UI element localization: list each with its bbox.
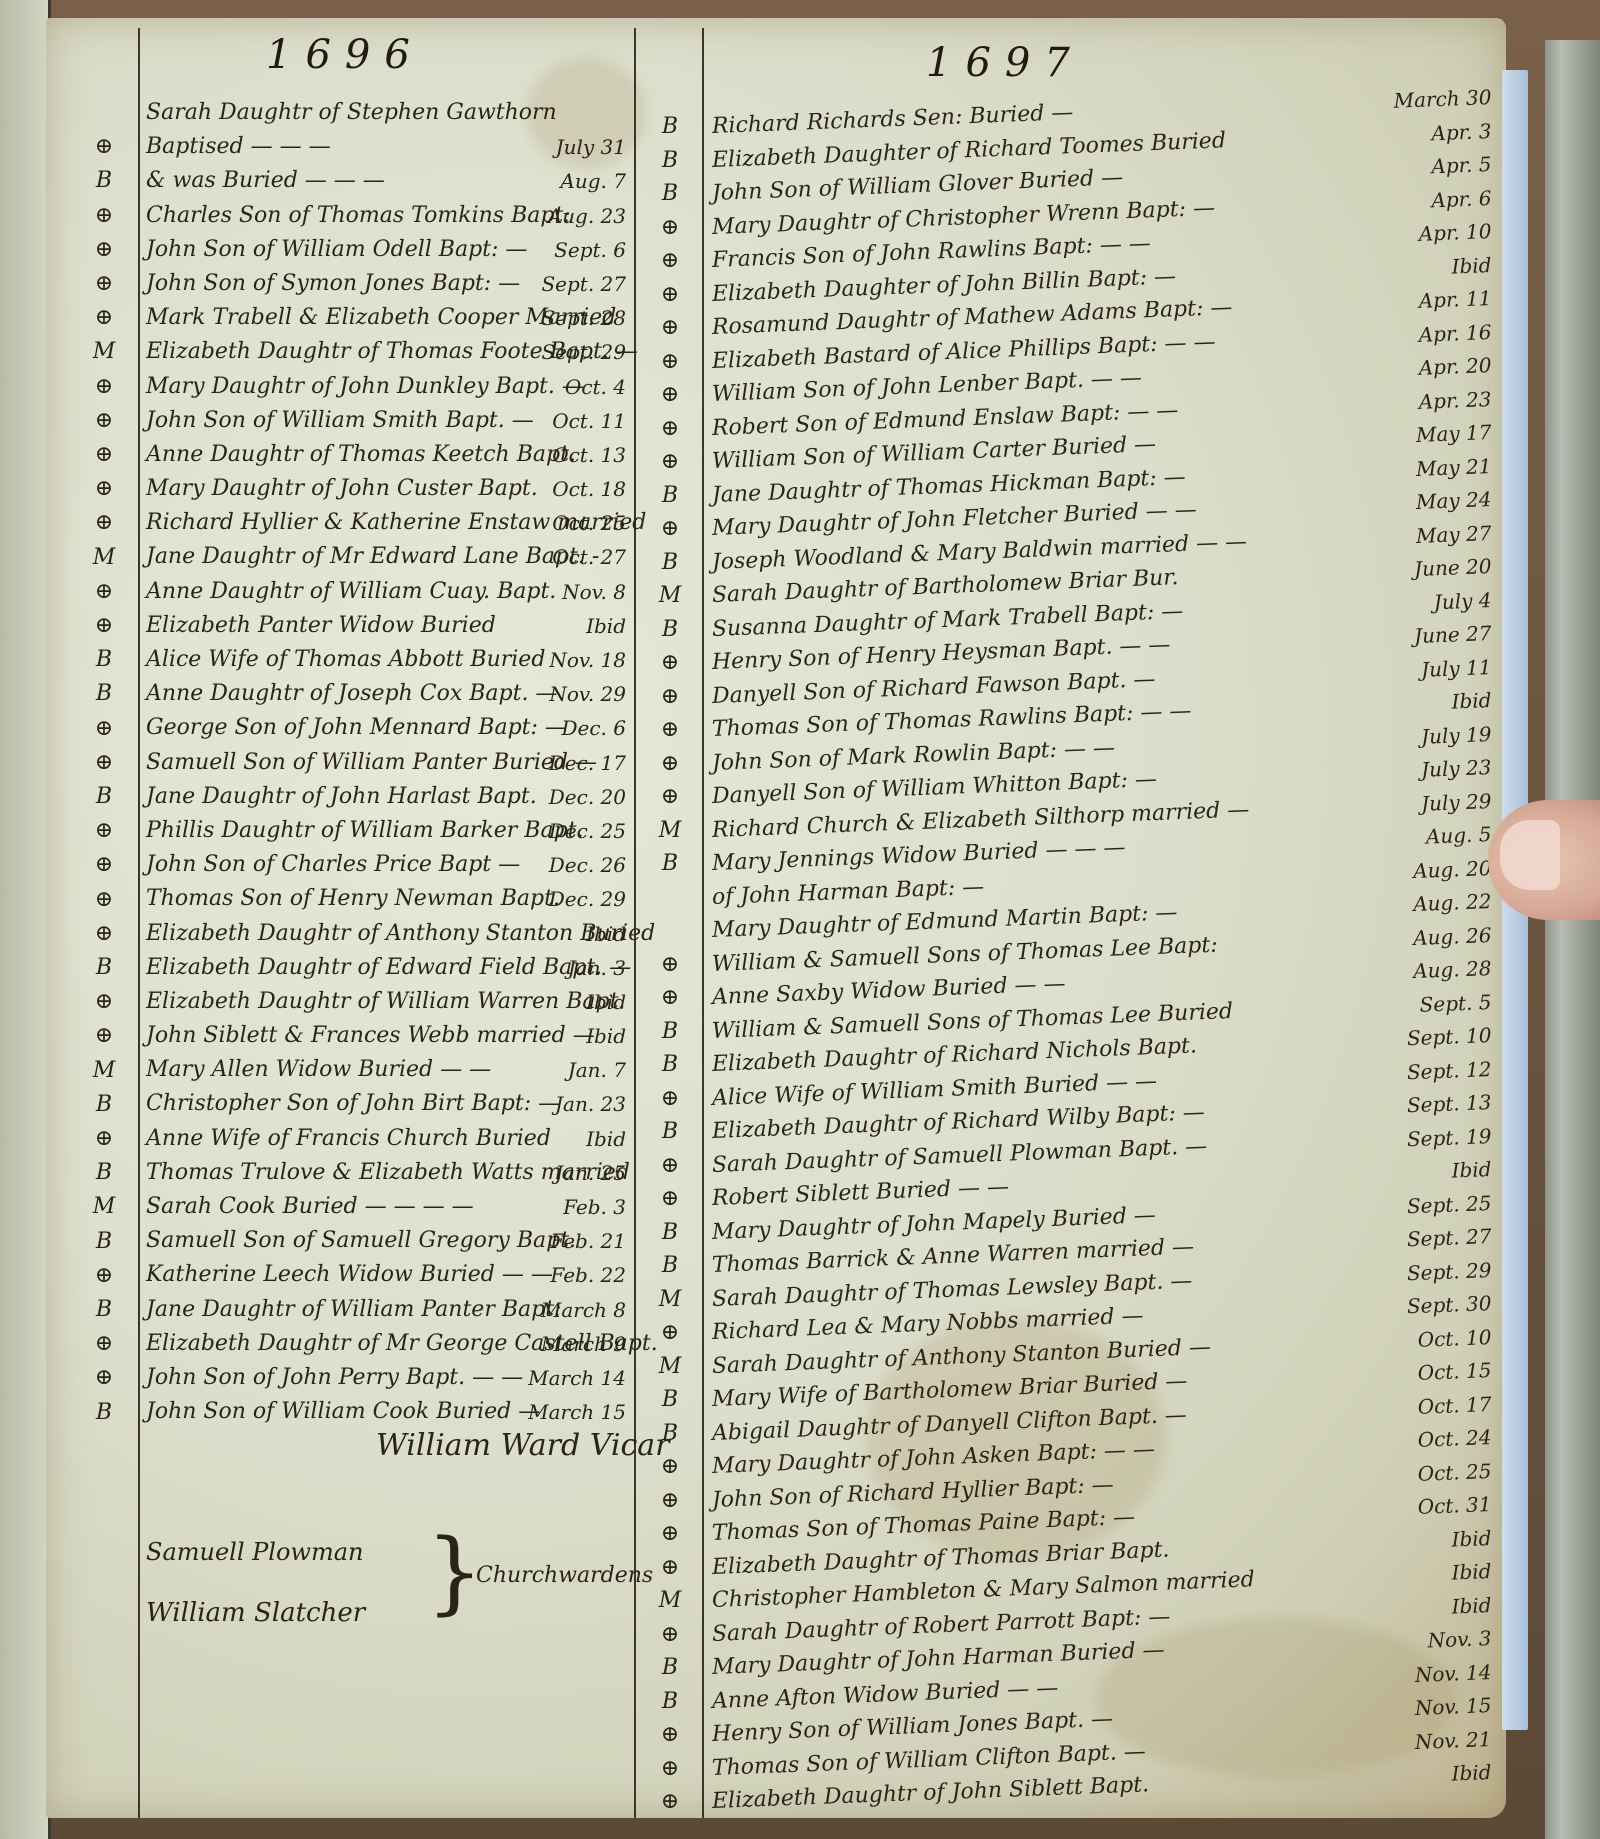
entry-type-marker: B [84,681,124,706]
entry-text: Sarah Daughtr of Stephen Gawthorn [146,96,557,130]
entry-type-marker: ⊕ [84,476,124,501]
entry-type-marker: ⊕ [650,1186,690,1211]
entry-date: Aug. 22 [1413,884,1493,921]
entry-date: Aug. 20 [1413,851,1493,888]
entry-type-marker: ⊕ [84,818,124,843]
register-entry: Elizabeth Daughtr of Mr George Castell B… [146,1327,626,1361]
entry-date: Sept. 29 [541,335,626,369]
entry-date: June 20 [1413,549,1492,586]
entry-date: Oct. 17 [1417,1387,1492,1424]
entry-date: Apr. 5 [1431,147,1492,183]
entry-text: Anne Wife of Francis Church Buried [146,1122,551,1156]
entry-type-marker: M [650,1354,690,1379]
entry-date: Sept. 13 [1406,1085,1492,1122]
entry-type-marker: B [650,1387,690,1412]
register-entry: Mary Allen Widow Buried — —Jan. 7 [146,1053,626,1087]
entry-type-marker: ⊕ [84,750,124,775]
entry-text: Sarah Cook Buried — — — — [146,1190,474,1224]
entry-date: Oct. 24 [1417,1420,1492,1457]
entry-type-marker: B [84,647,124,672]
entry-text: Elizabeth Panter Widow Buried [146,609,496,643]
entry-text: Elizabeth Daughtr of Anthony Stanton Bur… [146,917,655,951]
entry-text: Jane Daughtr of Mr Edward Lane Bapt. - [146,540,599,574]
entry-type-marker: ⊕ [650,1454,690,1479]
register-entry: & was Buried — — —Aug. 7 [146,164,626,198]
entry-type-marker: M [84,545,124,570]
register-entry: Jane Daughtr of John Harlast Bapt.Dec. 2… [146,780,626,814]
entry-type-marker: B [84,955,124,980]
register-entry: Anne Daughtr of Joseph Cox Bapt. —Nov. 2… [146,677,626,711]
entry-date: Sept. 30 [1406,1286,1492,1323]
register-entry: Elizabeth Daughtr of Anthony Stanton Bur… [146,917,626,951]
entry-text: Baptised — — — [146,130,331,164]
churchwarden-signature-1: Samuell Plowman [146,1538,364,1566]
entry-date: Sept. 19 [1406,1119,1492,1156]
entry-type-marker: B [84,1400,124,1425]
entry-type-marker: ⊕ [650,248,690,273]
entry-date: Nov. 15 [1414,1688,1492,1725]
entry-date: Ibid [1451,1554,1492,1590]
entry-type-marker: ⊕ [84,510,124,535]
entry-type-marker: B [650,483,690,508]
entry-date: Jan. 23 [555,1087,626,1121]
register-entry: Alice Wife of Thomas Abbott BuriedNov. 1… [146,643,626,677]
register-entry: Samuell Son of Samuell Gregory Bapt.Feb.… [146,1224,626,1258]
entry-type-marker: ⊕ [84,989,124,1014]
left-margin-rule [138,28,140,1818]
register-entry: John Son of Symon Jones Bapt: —Sept. 27 [146,267,626,301]
entry-date: Ibid [1451,1588,1492,1624]
register-entry: Sarah Cook Buried — — — —Feb. 3 [146,1190,626,1224]
entry-date: July 11 [1420,650,1492,687]
entry-type-marker: ⊕ [650,1320,690,1345]
entry-date: Apr. 10 [1418,214,1492,251]
entry-date: Oct. 27 [552,540,626,574]
entry-date: Aug. 7 [560,164,626,198]
register-entry: Anne Daughtr of Thomas Keetch Bapt.Oct. … [146,438,626,472]
entry-text: John Son of Symon Jones Bapt: — [146,267,520,301]
entry-date: Dec. 29 [549,882,626,916]
entry-type-marker: ⊕ [650,1521,690,1546]
entry-type-marker: ⊕ [650,315,690,340]
brace-glyph: } [426,1528,483,1618]
entry-type-marker: B [84,1160,124,1185]
entry-date: Apr. 6 [1431,181,1492,217]
entry-date: Feb. 22 [550,1258,626,1292]
entry-text: Mary Allen Widow Buried — — [146,1053,491,1087]
entry-type-marker: ⊕ [84,374,124,399]
entry-date: Nov. 8 [562,575,626,609]
entry-date: Ibid [586,609,626,643]
entry-text: Elizabeth Daughtr of Edward Field Bapt. … [146,951,631,985]
entry-date: Aug. 26 [1413,918,1493,955]
entry-date: Oct. 25 [552,506,626,540]
entry-type-marker: ⊕ [650,985,690,1010]
entry-type-marker: ⊕ [650,215,690,240]
entry-type-marker: M [84,339,124,364]
entry-text: Mary Daughtr of John Custer Bapt. [146,472,538,506]
entry-date: Sept. 6 [554,233,626,267]
register-entry: Mary Daughtr of John Custer Bapt.Oct. 18 [146,472,626,506]
entry-type-marker: ⊕ [84,271,124,296]
register-entry: Jane Daughtr of Mr Edward Lane Bapt. -Oc… [146,540,626,574]
entry-date: Ibid [586,917,626,951]
entry-date: July 29 [1420,784,1492,821]
entry-type-marker: ⊕ [650,1555,690,1580]
entry-date: March 15 [528,1395,626,1429]
entry-type-marker: ⊕ [650,1488,690,1513]
entry-date: Sept. 27 [541,267,626,301]
entry-type-marker: ⊕ [650,382,690,407]
entry-date: Nov. 21 [1414,1722,1492,1759]
entry-type-marker: B [650,181,690,206]
entry-date: July 31 [556,130,626,164]
entry-type-marker: ⊕ [650,1153,690,1178]
entry-type-marker: ⊕ [650,1756,690,1781]
register-entry: Mark Trabell & Elizabeth Cooper MarriedS… [146,301,626,335]
entry-text: Mary Daughtr of John Dunkley Bapt. — [146,370,584,404]
entry-date: Apr. 23 [1418,382,1492,419]
entry-date: May 17 [1415,415,1492,452]
entry-date: Apr. 20 [1418,348,1492,385]
register-entry: John Son of William Cook Buried —March 1… [146,1395,626,1429]
entry-date: Sept. 25 [1406,1186,1492,1223]
register-entry: Elizabeth Panter Widow BuriedIbid [146,609,626,643]
entry-date: Sept. 27 [1406,1219,1492,1256]
entry-text: Jane Daughtr of William Panter Bapt: [146,1293,561,1327]
entry-date: July 23 [1420,750,1492,787]
year-heading-left: 1696 [266,32,424,78]
entry-date: Feb. 3 [563,1190,626,1224]
entry-type-marker: B [650,114,690,139]
entry-date: Oct. 25 [1417,1454,1492,1491]
entry-text: John Son of William Cook Buried — [146,1395,540,1429]
register-entry: John Son of William Smith Bapt. —Oct. 11 [146,404,626,438]
entry-date: Oct. 18 [552,472,626,506]
entry-date: March 9 [541,1327,626,1361]
register-entry: Mary Daughtr of John Dunkley Bapt. —Oct.… [146,370,626,404]
entry-date: July 4 [1433,583,1492,619]
entry-type-marker: ⊕ [650,416,690,441]
entry-type-marker: ⊕ [650,1789,690,1814]
entry-date: May 27 [1415,516,1492,553]
entry-type-marker: B [650,550,690,575]
entry-text: Phillis Daughtr of William Barker Bapt. [146,814,584,848]
entry-type-marker: ⊕ [84,852,124,877]
entry-date: July 19 [1420,717,1492,754]
register-entry: Phillis Daughtr of William Barker Bapt.D… [146,814,626,848]
register-entry: John Son of John Perry Bapt. — —March 14 [146,1361,626,1395]
entry-date: Ibid [1451,683,1492,719]
entry-type-marker: ⊕ [650,952,690,977]
entry-date: Aug. 28 [1413,951,1493,988]
entry-date: Dec. 17 [549,746,626,780]
entry-type-marker: ⊕ [650,349,690,374]
register-entry: Charles Son of Thomas Tomkins Bapt:Aug. … [146,199,626,233]
entry-date: Sept. 5 [1419,985,1492,1022]
entry-type-marker: M [650,1588,690,1613]
entry-date: Ibid [1451,1521,1492,1557]
register-entry: John Siblett & Frances Webb married —Ibi… [146,1019,626,1053]
entry-date: Nov. 14 [1414,1655,1492,1692]
register-page: 1696 ⊕B⊕⊕⊕⊕M⊕⊕⊕⊕⊕M⊕⊕BB⊕⊕B⊕⊕⊕⊕B⊕⊕MB⊕BMB⊕B… [46,18,1506,1818]
entry-date: March 8 [541,1293,626,1327]
entry-type-marker: ⊕ [84,579,124,604]
entry-text: Thomas Son of Henry Newman Bapt. [146,882,560,916]
entry-type-marker: M [650,1287,690,1312]
register-entry: Richard Hyllier & Katherine Enstaw marri… [146,506,626,540]
register-entry: John Son of William Odell Bapt: —Sept. 6 [146,233,626,267]
entry-type-marker: B [650,1220,690,1245]
entry-type-marker: B [650,1253,690,1278]
register-entry: Christopher Son of John Birt Bapt: —Jan.… [146,1087,626,1121]
register-entry: Elizabeth Daughtr of William Warren Bapt… [146,985,626,1019]
entry-date: Ibid [1451,1755,1492,1791]
entry-type-marker: ⊕ [84,613,124,638]
entry-type-marker: ⊕ [84,442,124,467]
entry-date: Oct. 31 [1417,1487,1492,1524]
entry-date: May 24 [1415,482,1492,519]
register-entry: Katherine Leech Widow Buried — —Feb. 22 [146,1258,626,1292]
entry-date: Sept. 28 [541,301,626,335]
entry-text: George Son of John Mennard Bapt: — [146,711,567,745]
entry-text: Elizabeth Daughtr of William Warren Bapt… [146,985,625,1019]
entry-date: Apr. 11 [1418,281,1492,318]
entry-type-marker: ⊕ [650,751,690,776]
entry-type-marker: B [84,1297,124,1322]
entry-date: Ibid [586,1122,626,1156]
entry-text: Samuell Son of William Panter Buried — [146,746,597,780]
entry-text: Anne Daughtr of Thomas Keetch Bapt. [146,438,576,472]
entry-type-marker: ⊕ [650,717,690,742]
entry-type-marker: B [650,1689,690,1714]
entry-type-marker: ⊕ [84,1331,124,1356]
entry-date: May 21 [1415,449,1492,486]
entry-type-marker: ⊕ [650,516,690,541]
entry-type-marker: B [84,1229,124,1254]
center-rule-right [702,28,704,1818]
entry-text: John Son of John Perry Bapt. — — [146,1361,523,1395]
entry-date: June 27 [1413,616,1492,653]
entry-type-marker: B [650,617,690,642]
thumbnail-nail [1500,820,1560,890]
entry-type-marker: B [84,1092,124,1117]
entry-text: Jane Daughtr of John Harlast Bapt. [146,780,537,814]
entry-type-marker: B [650,1019,690,1044]
entry-type-marker: B [650,1119,690,1144]
entry-type-marker: M [650,583,690,608]
entry-date: Oct. 4 [565,370,626,404]
register-entry: Baptised — — —July 31 [146,130,626,164]
entry-date: Nov. 29 [549,677,626,711]
entry-date: March 14 [528,1361,626,1395]
entry-text: Anne Daughtr of Joseph Cox Bapt. — [146,677,557,711]
register-entry: Anne Wife of Francis Church BuriedIbid [146,1122,626,1156]
entry-text: Christopher Son of John Birt Bapt: — [146,1087,560,1121]
entry-type-marker: B [84,168,124,193]
entry-type-marker: ⊕ [84,408,124,433]
entry-date: Feb. 21 [550,1224,626,1258]
vicar-signature: William Ward Vicar [376,1428,670,1463]
entry-type-marker: B [84,784,124,809]
register-entry: Samuell Son of William Panter Buried —De… [146,746,626,780]
entry-date: Oct. 15 [1417,1353,1492,1390]
entry-type-marker: B [650,851,690,876]
entry-type-marker: ⊕ [84,237,124,262]
entry-type-marker: B [650,148,690,173]
entry-type-marker: ⊕ [650,650,690,675]
entry-date: Apr. 16 [1418,315,1492,352]
entry-text: John Siblett & Frances Webb married — [146,1019,595,1053]
entry-text: Charles Son of Thomas Tomkins Bapt: [146,199,571,233]
entry-text: Alice Wife of Thomas Abbott Buried [146,643,545,677]
entry-text: & was Buried — — — [146,164,385,198]
entry-type-marker: ⊕ [650,684,690,709]
entry-type-marker: ⊕ [84,203,124,228]
entry-date: Dec. 20 [549,780,626,814]
entry-type-marker: M [84,1058,124,1083]
entry-type-marker: M [650,818,690,843]
entry-type-marker: ⊕ [84,1263,124,1288]
entry-date: Sept. 10 [1406,1018,1492,1055]
right-entries-list: Richard Richards Sen: Buried —March 30El… [712,110,1492,1819]
entry-date: Ibid [1451,248,1492,284]
entry-date: Sept. 12 [1406,1052,1492,1089]
entry-date: Jan. 7 [568,1053,626,1087]
entry-type-marker: ⊕ [84,305,124,330]
entry-type-marker: ⊕ [84,716,124,741]
entry-type-marker: ⊕ [84,134,124,159]
entry-type-marker: ⊕ [650,1622,690,1647]
entry-type-marker: M [84,1194,124,1219]
entry-text: John Son of William Odell Bapt: — [146,233,527,267]
entry-date: Nov. 18 [549,643,626,677]
entry-text: Katherine Leech Widow Buried — — [146,1258,553,1292]
entry-date: Aug. 5 [1425,817,1492,853]
entry-type-marker: ⊕ [650,784,690,809]
entry-type-marker: B [650,1421,690,1446]
entry-date: Ibid [586,985,626,1019]
entry-type-marker: ⊕ [84,1365,124,1390]
book-binding [1545,40,1600,1839]
entry-text: Samuell Son of Samuell Gregory Bapt. [146,1224,576,1258]
churchwardens-label: Churchwardens [476,1563,653,1588]
entry-type-marker: ⊕ [650,1722,690,1747]
entry-type-marker: ⊕ [650,282,690,307]
churchwarden-signature-2: William Slatcher [146,1598,365,1628]
year-heading-right: 1697 [926,40,1084,86]
entry-date: Dec. 26 [549,848,626,882]
entry-text: John Son of William Smith Bapt. — [146,404,534,438]
entry-text: Anne Daughtr of William Cuay. Bapt. [146,575,556,609]
entry-type-marker: ⊕ [84,887,124,912]
entry-type-marker: ⊕ [84,921,124,946]
entry-date: Dec. 6 [561,711,626,745]
register-entry: John Son of Charles Price Bapt —Dec. 26 [146,848,626,882]
entry-text: John Son of Charles Price Bapt — [146,848,520,882]
register-entry: Thomas Son of Henry Newman Bapt.Dec. 29 [146,882,626,916]
previous-page-edge [0,0,51,1839]
entry-type-marker: B [650,1052,690,1077]
entry-date: Apr. 3 [1431,114,1492,150]
register-entry: Thomas Trulove & Elizabeth Watts married… [146,1156,626,1190]
entry-date: Dec. 25 [549,814,626,848]
register-entry: Jane Daughtr of William Panter Bapt:Marc… [146,1293,626,1327]
entry-date: March 30 [1393,80,1492,118]
entry-type-marker: B [650,1655,690,1680]
entry-date: Ibid [586,1019,626,1053]
entry-date: Jan. 25 [555,1156,626,1190]
entry-date: Sept. 29 [1406,1253,1492,1290]
entry-type-marker: ⊕ [84,1126,124,1151]
register-entry: Anne Daughtr of William Cuay. Bapt.Nov. … [146,575,626,609]
entry-date: Nov. 3 [1427,1621,1492,1657]
entry-type-marker: ⊕ [84,1023,124,1048]
entry-type-marker: ⊕ [650,449,690,474]
entry-date: Oct. 13 [552,438,626,472]
entry-date: Jan. 3 [568,951,626,985]
entry-date: Ibid [1451,1152,1492,1188]
left-entries-list: Sarah Daughtr of Stephen GawthornBaptise… [146,96,626,1429]
entry-date: Aug. 23 [548,199,626,233]
register-entry: Elizabeth Daughtr of Thomas Foote Bapt. … [146,335,626,369]
register-entry: George Son of John Mennard Bapt: —Dec. 6 [146,711,626,745]
entry-date: Oct. 11 [552,404,626,438]
register-entry: Elizabeth Daughtr of Edward Field Bapt. … [146,951,626,985]
register-entry: Sarah Daughtr of Stephen Gawthorn [146,96,626,130]
entry-date: Oct. 10 [1417,1320,1492,1357]
entry-type-marker: ⊕ [650,1086,690,1111]
